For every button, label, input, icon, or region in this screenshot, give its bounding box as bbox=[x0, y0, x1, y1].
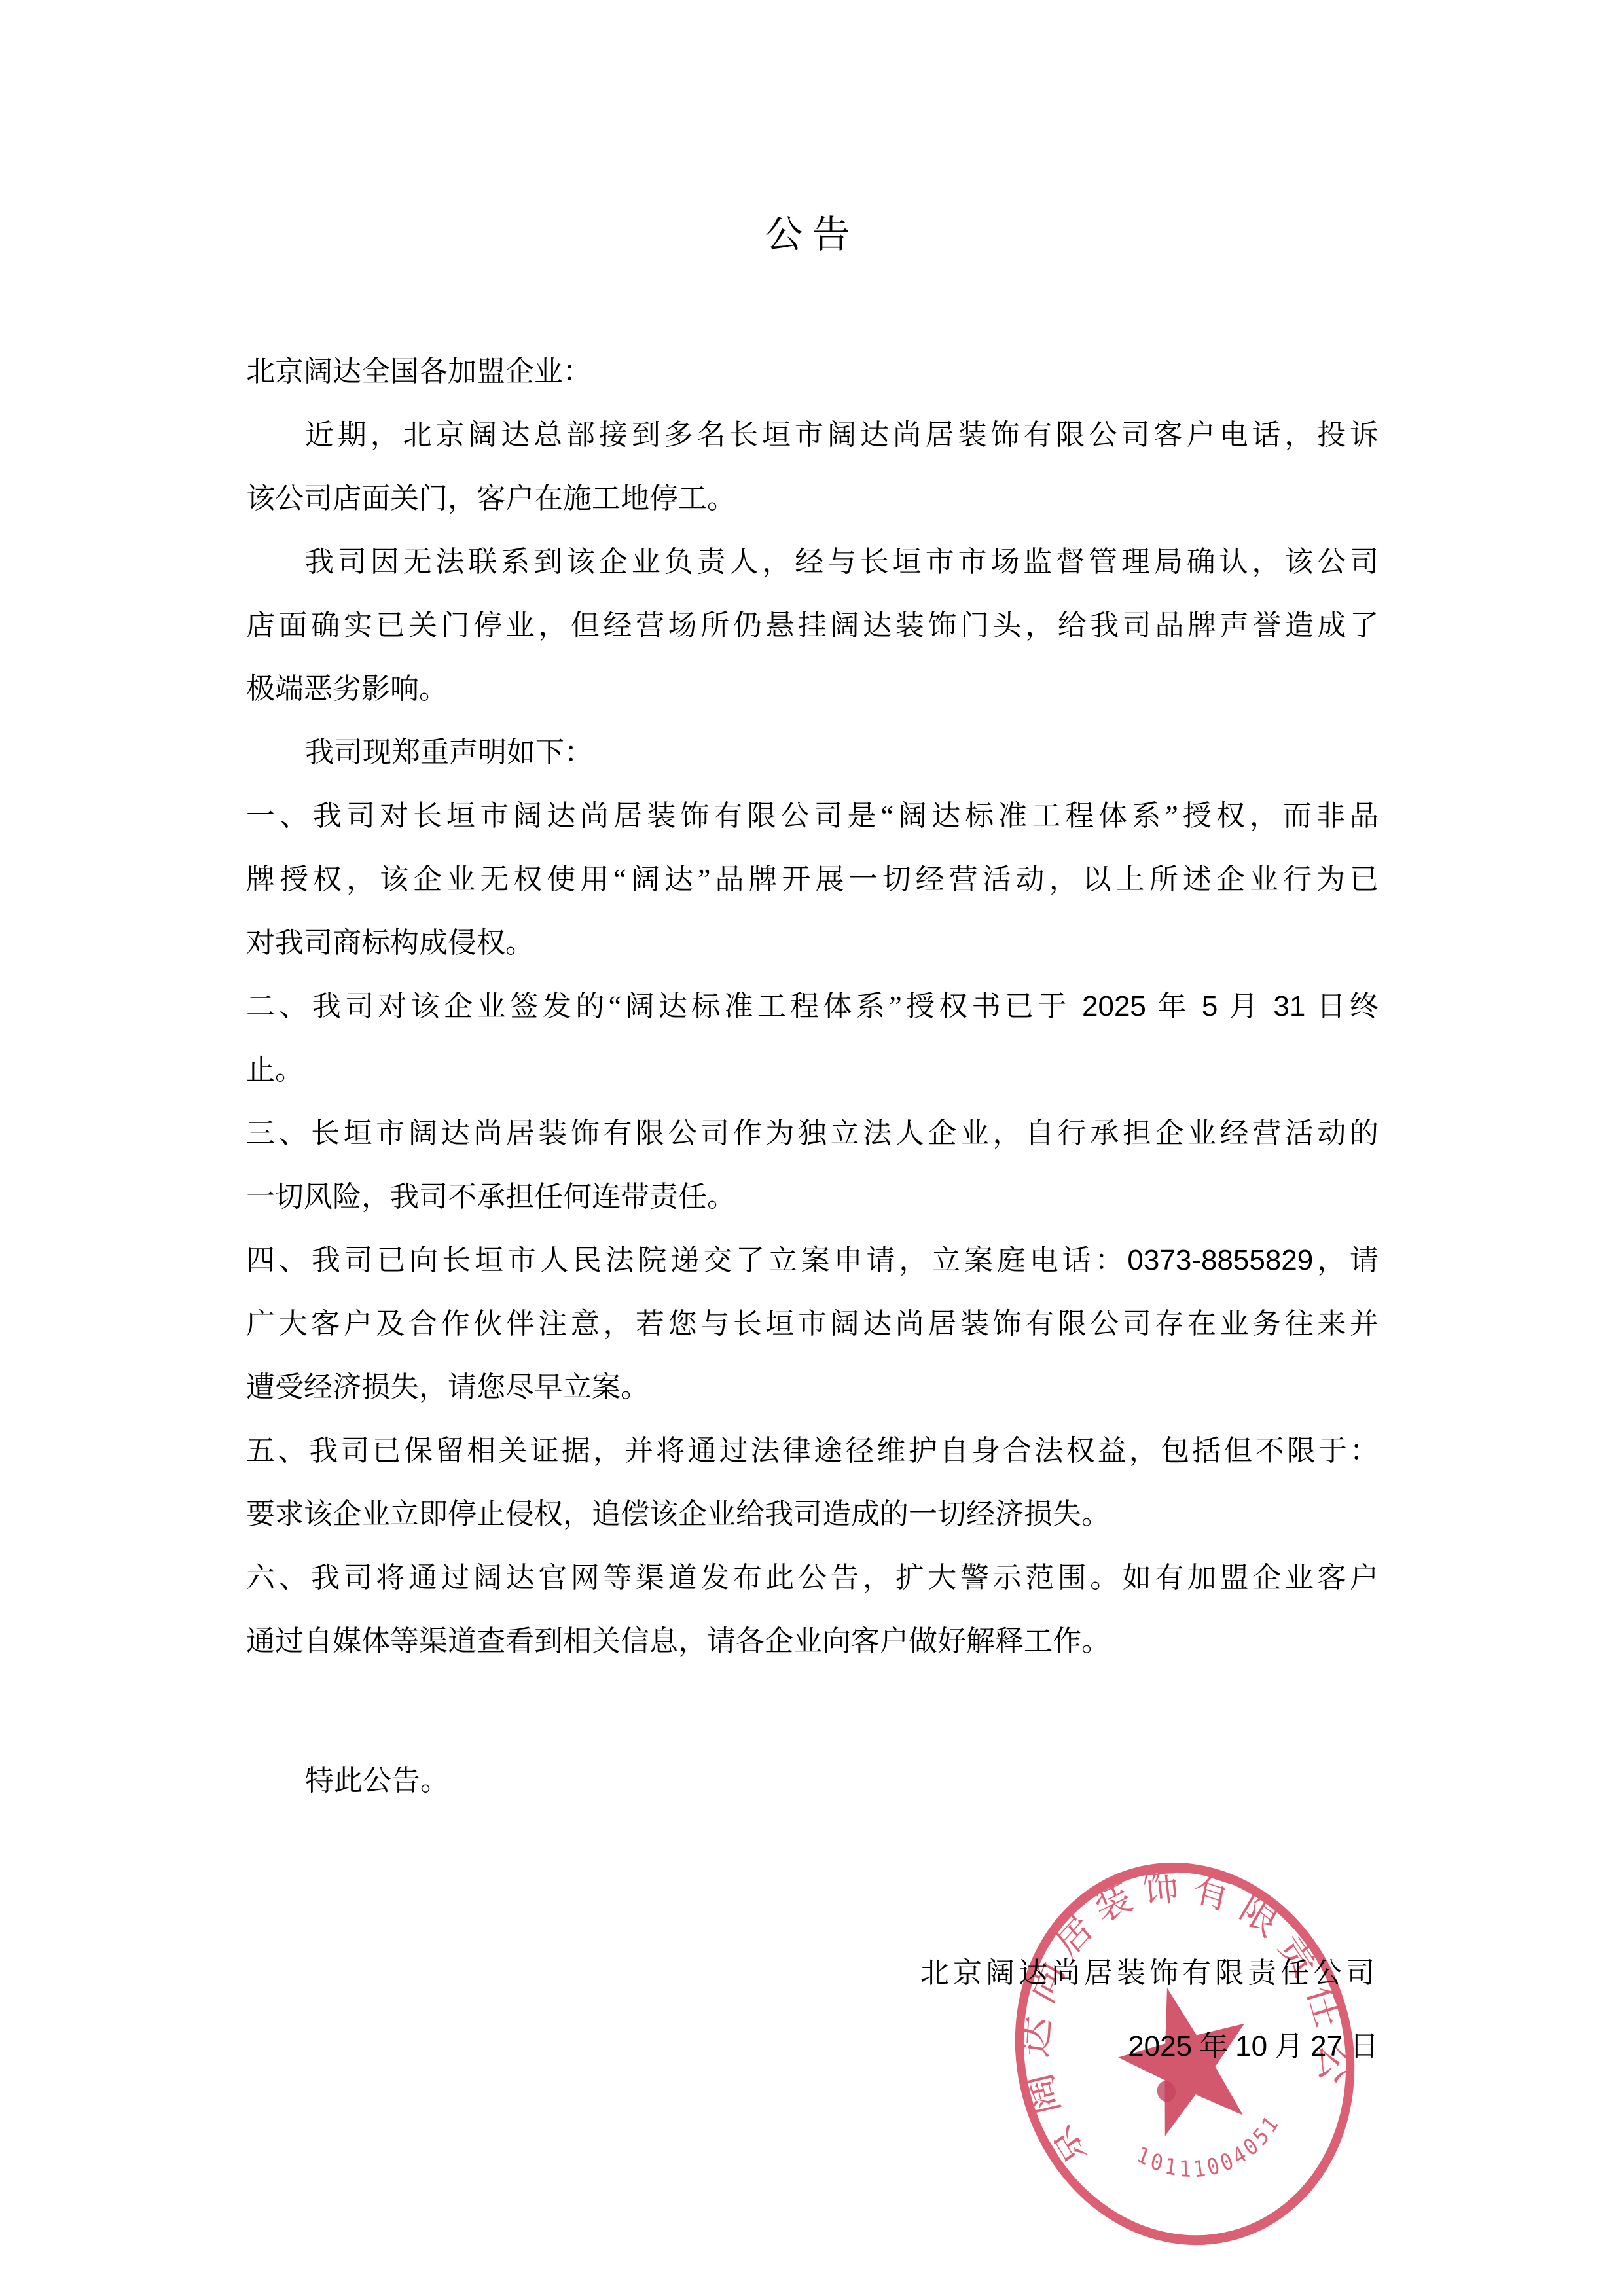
body-line: 牌授权，该企业无权使用“阔达”品牌开展一切经营活动，以上所述企业行为已 bbox=[246, 848, 1379, 911]
company-seal-icon: 北京阔达尚居装饰有限责任公司 1101110040513 bbox=[988, 1828, 1381, 2280]
svg-text:北京阔达尚居装饰有限责任公司: 北京阔达尚居装饰有限责任公司 bbox=[988, 1828, 1369, 2180]
seal-star-icon bbox=[1104, 1971, 1267, 2142]
body-line: 一、我司对长垣市阔达尚居装饰有限公司是“阔达标准工程体系”授权，而非品 bbox=[246, 784, 1379, 848]
document-body: 北京阔达全国各加盟企业： 近期，北京阔达总部接到多名长垣市阔达尚居装饰有限公司客… bbox=[246, 340, 1379, 1673]
body-line: 要求该企业立即停止侵权，追偿该企业给我司造成的一切经济损失。 bbox=[246, 1482, 1379, 1546]
body-line: 五、我司已保留相关证据，并将通过法律途径维护自身合法权益，包括但不限于： bbox=[246, 1419, 1379, 1482]
body-line: 遭受经济损失，请您尽早立案。 bbox=[246, 1355, 1379, 1419]
closing-line: 特此公告。 bbox=[246, 1749, 1379, 1812]
body-line: 对我司商标构成侵权。 bbox=[246, 911, 1379, 975]
body-line: 止。 bbox=[246, 1038, 1379, 1102]
body-line: 四、我司已向长垣市人民法院递交了立案申请，立案庭电话：0373-8855829，… bbox=[246, 1229, 1379, 1292]
body-line: 我司现郑重声明如下： bbox=[246, 721, 1379, 784]
body-line: 极端恶劣影响。 bbox=[246, 657, 1379, 721]
seal-ring-text: 北京阔达尚居装饰有限责任公司 bbox=[988, 1828, 1369, 2180]
announcement-page: 公告 北京阔达全国各加盟企业： 近期，北京阔达总部接到多名长垣市阔达尚居装饰有限… bbox=[0, 0, 1624, 2296]
body-line: 六、我司将通过阔达官网等渠道发布此公告，扩大警示范围。如有加盟企业客户 bbox=[246, 1546, 1379, 1609]
body-line: 通过自媒体等渠道查看到相关信息，请各企业向客户做好解释工作。 bbox=[246, 1609, 1379, 1673]
body-line: 北京阔达全国各加盟企业： bbox=[246, 340, 1379, 403]
page-title: 公告 bbox=[0, 211, 1624, 259]
body-line: 该公司店面关门，客户在施工地停工。 bbox=[246, 467, 1379, 530]
body-line: 二、我司对该企业签发的“阔达标准工程体系”授权书已于 2025 年 5 月 31… bbox=[246, 975, 1379, 1038]
body-line: 近期，北京阔达总部接到多名长垣市阔达尚居装饰有限公司客户电话，投诉 bbox=[246, 403, 1379, 467]
body-line: 三、长垣市阔达尚居装饰有限公司作为独立法人企业，自行承担企业经营活动的 bbox=[246, 1102, 1379, 1165]
body-line: 一切风险，我司不承担任何连带责任。 bbox=[246, 1165, 1379, 1229]
body-line: 我司因无法联系到该企业负责人，经与长垣市市场监督管理局确认，该公司 bbox=[246, 530, 1379, 594]
body-line: 广大客户及合作伙伴注意，若您与长垣市阔达尚居装饰有限公司存在业务往来并 bbox=[246, 1292, 1379, 1355]
body-line: 店面确实已关门停业，但经营场所仍悬挂阔达装饰门头，给我司品牌声誉造成了 bbox=[246, 594, 1379, 657]
